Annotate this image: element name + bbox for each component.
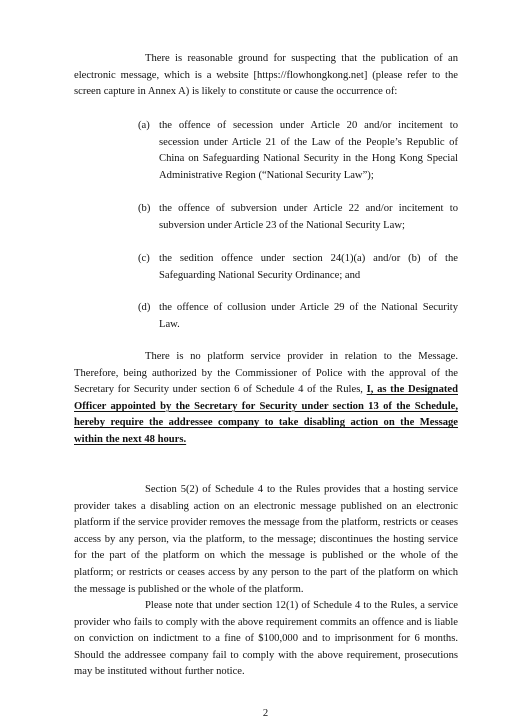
offence-label: (d): [138, 300, 150, 317]
offence-text: the offence of secession under Article 2…: [159, 118, 458, 184]
page-number: 2: [0, 708, 531, 719]
offence-item-a: (a) the offence of secession under Artic…: [138, 118, 458, 184]
offence-item-c: (c) the sedition offence under section 2…: [138, 251, 458, 284]
offence-text: the sedition offence under section 24(1)…: [159, 251, 458, 284]
paragraph-requirement: There is no platform service provider in…: [74, 349, 458, 449]
offence-label: (b): [138, 201, 150, 218]
offence-text: the offence of subversion under Article …: [159, 201, 458, 234]
paragraph-disabling-action: Section 5(2) of Schedule 4 to the Rules …: [74, 482, 458, 598]
offence-text: the offence of collusion under Article 2…: [159, 300, 458, 333]
offence-item-b: (b) the offence of subversion under Arti…: [138, 201, 458, 234]
document-page: There is reasonable ground for suspectin…: [0, 0, 531, 725]
offence-label: (a): [138, 118, 150, 135]
paragraph-penalty: Please note that under section 12(1) of …: [74, 598, 458, 681]
paragraph-grounds: There is reasonable ground for suspectin…: [74, 51, 458, 101]
offence-item-d: (d) the offence of collusion under Artic…: [138, 300, 458, 333]
offence-label: (c): [138, 251, 150, 268]
